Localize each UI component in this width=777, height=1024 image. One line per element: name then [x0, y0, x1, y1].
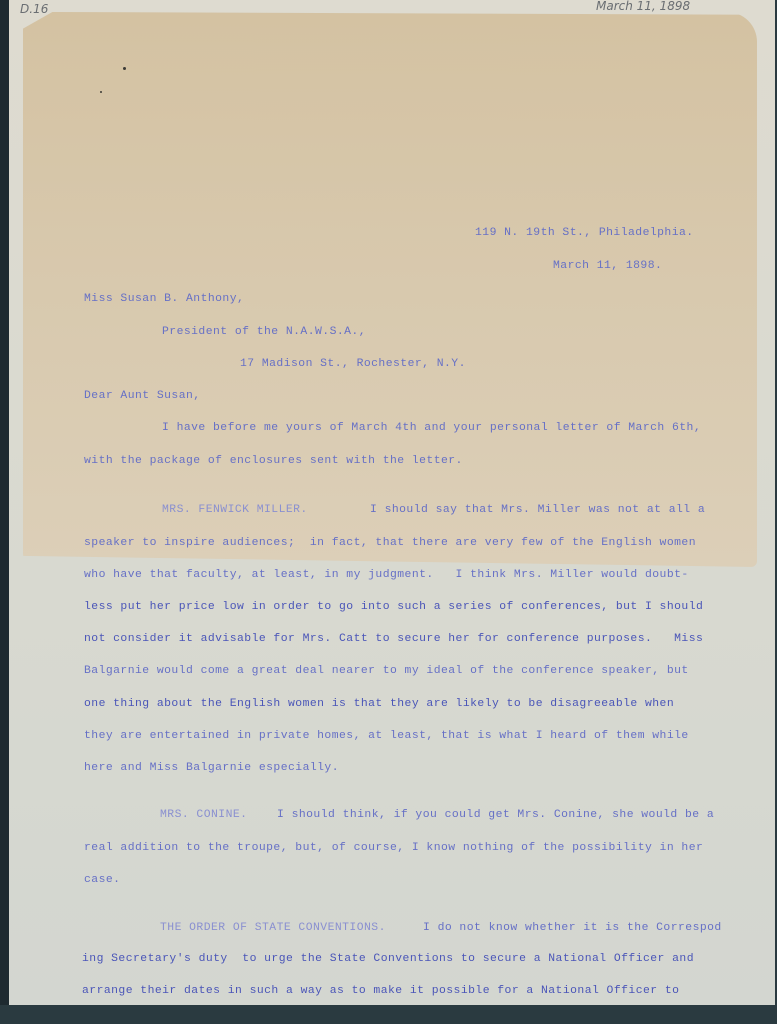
- body-line: one thing about the English women is tha…: [84, 698, 674, 710]
- body-line: they are entertained in private homes, a…: [84, 730, 689, 742]
- body-line: with the package of enclosures sent with…: [84, 455, 463, 467]
- body-line: speaker to inspire audiences; in fact, t…: [84, 537, 696, 549]
- body-line: real addition to the troupe, but, of cou…: [84, 842, 703, 854]
- body-line: I have before me yours of March 4th and …: [162, 422, 701, 434]
- salutation: Dear Aunt Susan,: [84, 390, 201, 402]
- scan-left-border: [0, 0, 9, 1024]
- section-heading: MRS. CONINE.: [160, 809, 247, 821]
- body-line: ing Secretary's duty to urge the State C…: [82, 953, 694, 965]
- body-line: arrange their dates in such a way as to …: [82, 985, 679, 997]
- section-heading: THE ORDER OF STATE CONVENTIONS.: [160, 922, 386, 934]
- sender-address: 119 N. 19th St., Philadelphia.: [475, 227, 694, 239]
- recipient-address: 17 Madison St., Rochester, N.Y.: [240, 358, 466, 370]
- body-line: not consider it advisable for Mrs. Catt …: [84, 633, 703, 645]
- body-line: here and Miss Balgarnie especially.: [84, 762, 339, 774]
- body-line: Balgarnie would come a great deal nearer…: [84, 665, 689, 677]
- body-line: case.: [84, 874, 120, 886]
- body-line: I should say that Mrs. Miller was not at…: [370, 504, 705, 516]
- body-line: less put her price low in order to go in…: [84, 601, 703, 613]
- body-line: I should think, if you could get Mrs. Co…: [277, 809, 714, 821]
- section-heading: MRS. FENWICK MILLER.: [162, 504, 308, 516]
- recipient-title: President of the N.A.W.S.A.,: [162, 326, 366, 338]
- scan-bottom-border: [0, 1005, 777, 1024]
- dust-speck: [100, 91, 102, 93]
- letter-date: March 11, 1898.: [553, 260, 662, 272]
- body-line: I do not know whether it is the Correspo…: [423, 922, 722, 934]
- letter-page: [9, 0, 775, 1005]
- folder-mark: D.16: [20, 2, 48, 16]
- dust-speck: [123, 67, 126, 70]
- pencil-date: March 11, 1898: [596, 0, 690, 13]
- body-line: who have that faculty, at least, in my j…: [84, 569, 689, 581]
- paper-stain: [23, 12, 757, 567]
- recipient-name: Miss Susan B. Anthony,: [84, 293, 244, 305]
